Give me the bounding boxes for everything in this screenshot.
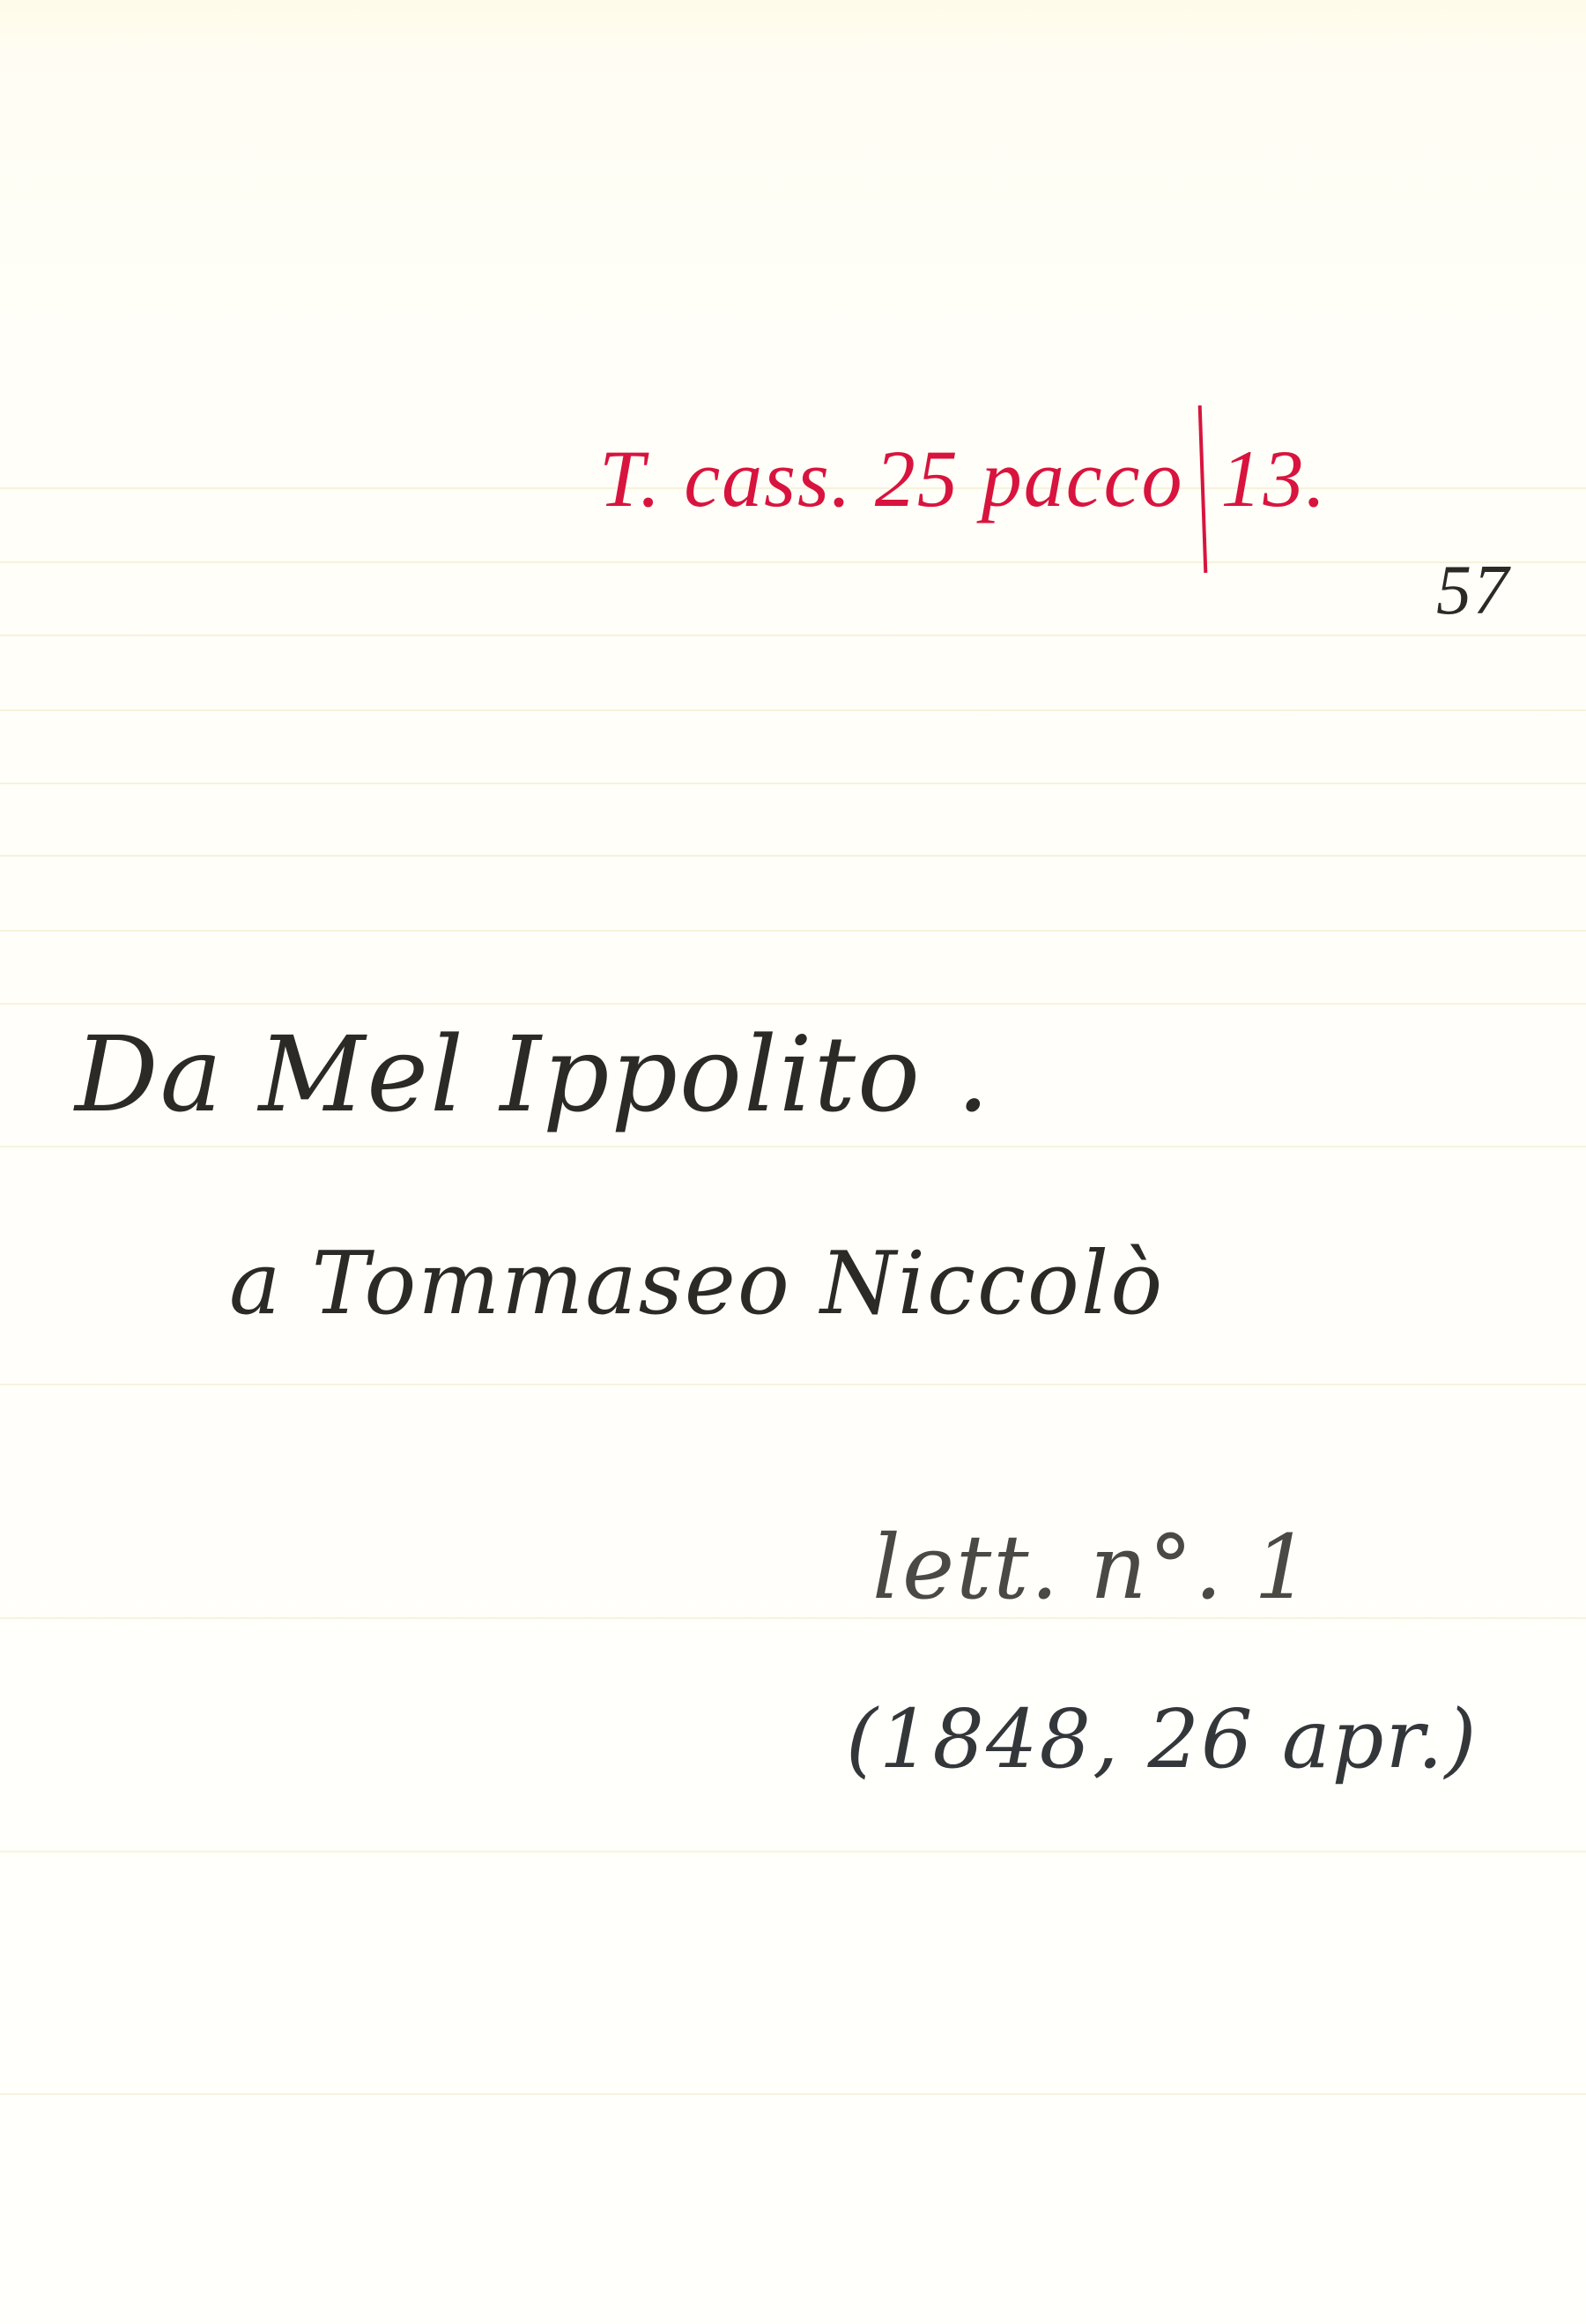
ruled-line [0,1146,1586,1147]
letter-number: lett. n°. 1 [872,1516,1312,1619]
paper-card [0,0,1586,2324]
letter-date: (1848, 26 apr.) [846,1692,1479,1786]
ruled-line [0,855,1586,857]
ruled-line [0,783,1586,784]
recipient-line: a Tommaseo Niccolò [229,1234,1164,1334]
shelfmark-number: 13. [1220,434,1327,523]
shelfmark-text: T. cass. 25 pacco [599,434,1183,523]
folio-number: 57 [1436,551,1510,631]
sender-line: Da Mel Ippolito . [75,1014,991,1135]
ruled-line [0,1617,1586,1619]
shelfmark: T. cass. 25 pacco13. [599,432,1327,573]
ruled-line [0,1851,1586,1853]
ruled-line [0,930,1586,932]
ruled-line [0,1384,1586,1385]
ruled-line [0,1003,1586,1005]
ruled-line [0,709,1586,711]
ruled-line [0,635,1586,636]
ruled-line [0,2093,1586,2095]
